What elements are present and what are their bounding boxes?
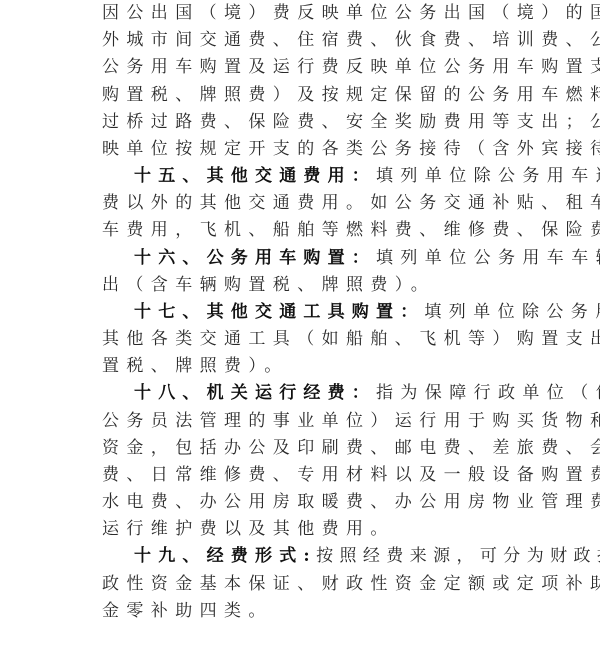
section-text: 填列单位公务用车车辆购置支 [376, 248, 600, 268]
section-heading: 十五、其他交通费用： [134, 166, 376, 186]
section-text: 填列单位除公务用车运行维护 [376, 166, 600, 186]
paragraph-line: 金零补助四类。 [102, 595, 273, 627]
section-text: 按照经费来源，可分为财政拨款、财 [316, 546, 600, 566]
section-heading: 十九、经费形式 [134, 546, 303, 566]
section-heading: 十七、其他交通工具购置： [134, 302, 424, 322]
section-heading: 十八、机关运行经费： [134, 383, 376, 403]
section-text: 填列单位除公务用车外的 [424, 302, 600, 322]
section-text: 指为保障行政单位（包括参照 [376, 383, 600, 403]
section-heading-colon: : [303, 546, 316, 566]
section-heading: 十六、公务用车购置： [134, 248, 376, 268]
